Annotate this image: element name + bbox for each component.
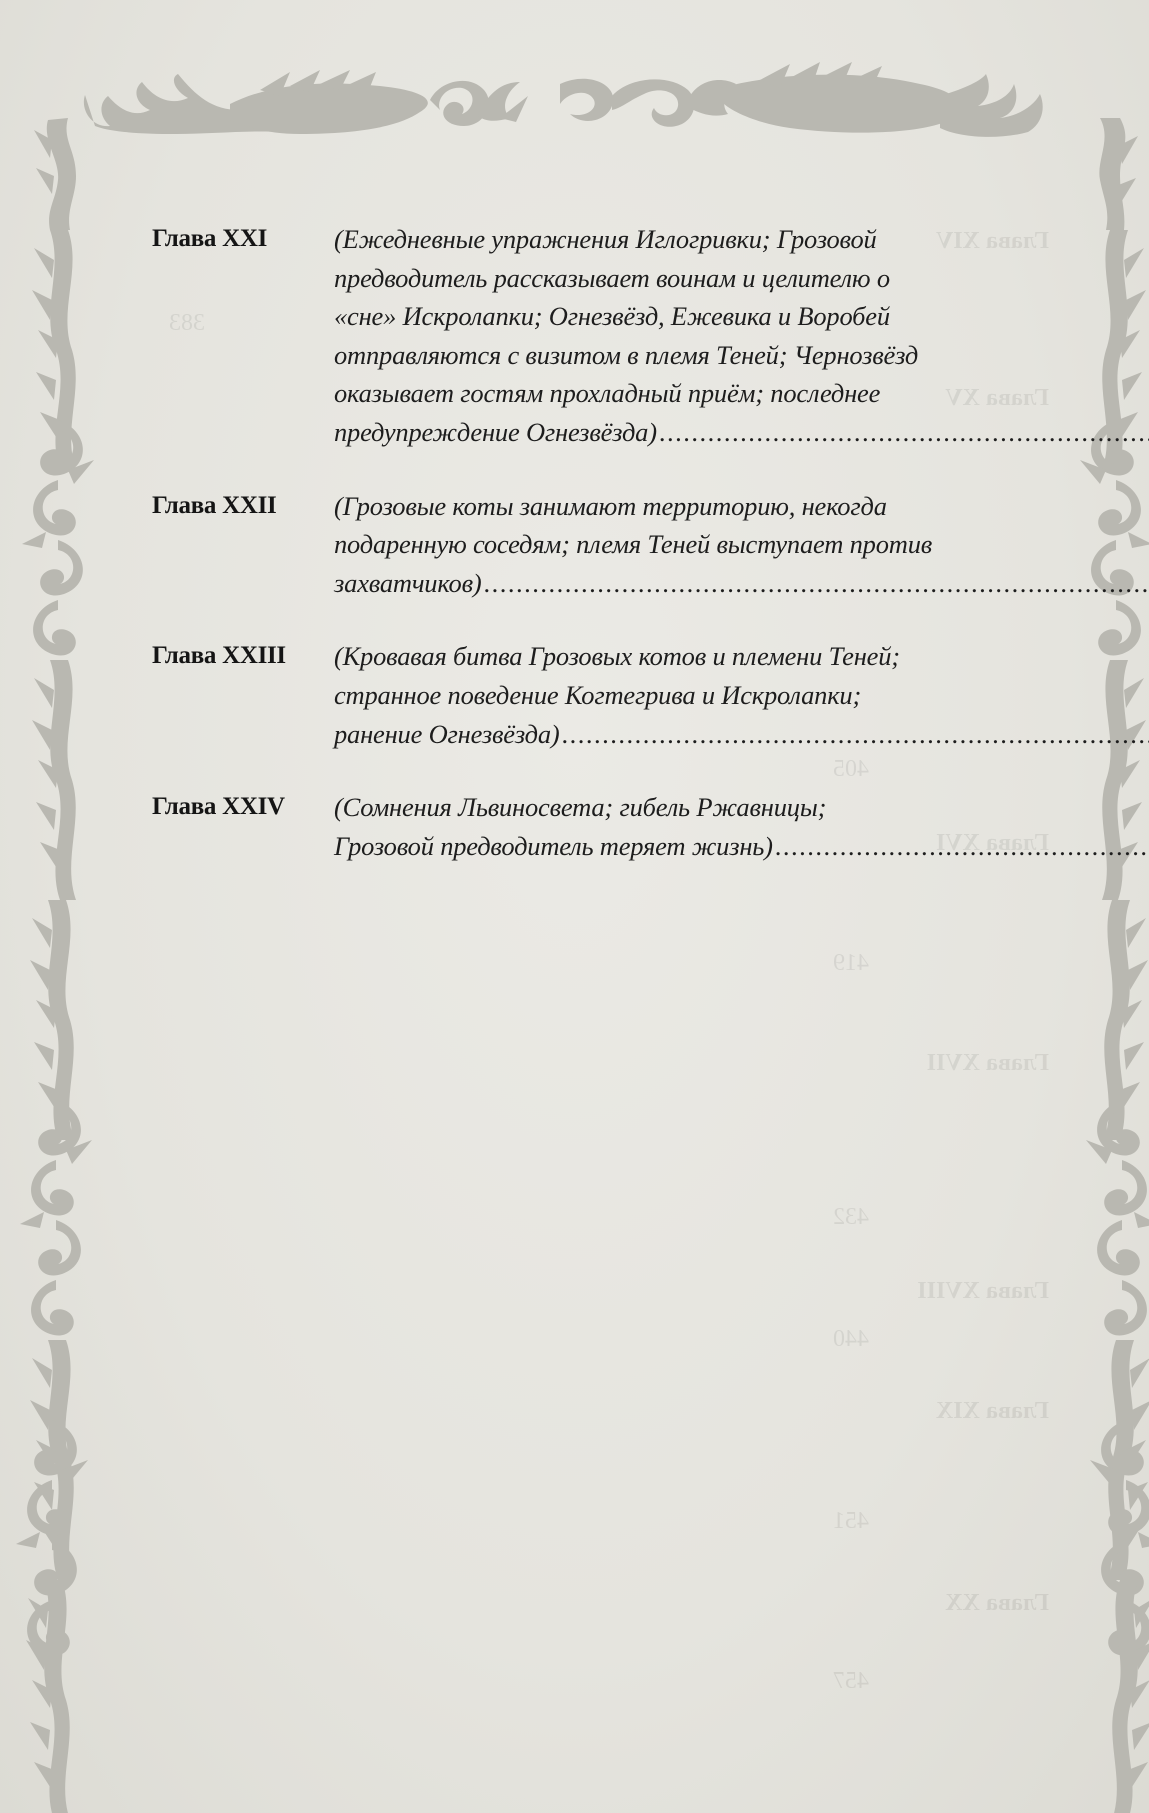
toc-entry-xxi[interactable]: Глава XXI (Ежедневные упражнения Иглогри… [152,220,1054,454]
chapter-label: Глава XXIII [152,637,334,675]
summary-line: (Сомнения Львиносвета; гибель Ржавницы; [334,788,1149,827]
summary-line: (Грозовые коты занимают территорию, неко… [334,487,1149,526]
summary-line: Грозовой предводитель теряет жизнь) [334,827,773,866]
dot-leader [562,715,1149,754]
summary-last-line: Грозовой предводитель теряет жизнь) 484 [334,827,1149,868]
summary-line: «сне» Искролапки; Огнезвёзд, Ежевика и В… [334,297,1149,336]
summary-last-line: предупреждение Огнезвёзда) 463 [334,413,1149,454]
table-of-contents: Глава XXI (Ежедневные упражнения Иглогри… [152,220,1054,867]
chapter-label: Глава XXI [152,220,334,258]
toc-entry-xxii[interactable]: Глава XXII (Грозовые коты занимают терри… [152,487,1054,605]
chapter-summary: (Кровавая битва Грозовых котов и племени… [334,637,1149,755]
summary-line: захватчиков) [334,564,482,603]
summary-line: отправляются с визитом в племя Теней; Че… [334,336,1149,375]
summary-line: предупреждение Огнезвёзда) [334,413,657,452]
summary-line: (Ежедневные упражнения Иглогривки; Грозо… [334,220,1149,259]
summary-last-line: ранение Огнезвёзда) 475 [334,715,1149,756]
dot-leader [484,564,1149,603]
chapter-summary: (Сомнения Львиносвета; гибель Ржавницы; … [334,788,1149,867]
summary-last-line: захватчиков) 472 [334,564,1149,605]
toc-entry-xxiv[interactable]: Глава XXIV (Сомнения Львиносвета; гибель… [152,788,1054,867]
chapter-summary: (Грозовые коты занимают территорию, неко… [334,487,1149,605]
summary-line: странное поведение Когтегрива и Искролап… [334,676,1149,715]
chapter-label: Глава XXII [152,487,334,525]
summary-line: подаренную соседям; племя Теней выступае… [334,525,1149,564]
dot-leader [659,413,1149,452]
toc-entry-xxiii[interactable]: Глава XXIII (Кровавая битва Грозовых кот… [152,637,1054,755]
chapter-label: Глава XXIV [152,788,334,826]
summary-line: (Кровавая битва Грозовых котов и племени… [334,637,1149,676]
summary-line: оказывает гостям прохладный приём; после… [334,374,1149,413]
summary-line: предводитель рассказывает воинам и целит… [334,259,1149,298]
chapter-summary: (Ежедневные упражнения Иглогривки; Грозо… [334,220,1149,454]
dot-leader [775,827,1149,866]
summary-line: ранение Огнезвёзда) [334,715,560,754]
